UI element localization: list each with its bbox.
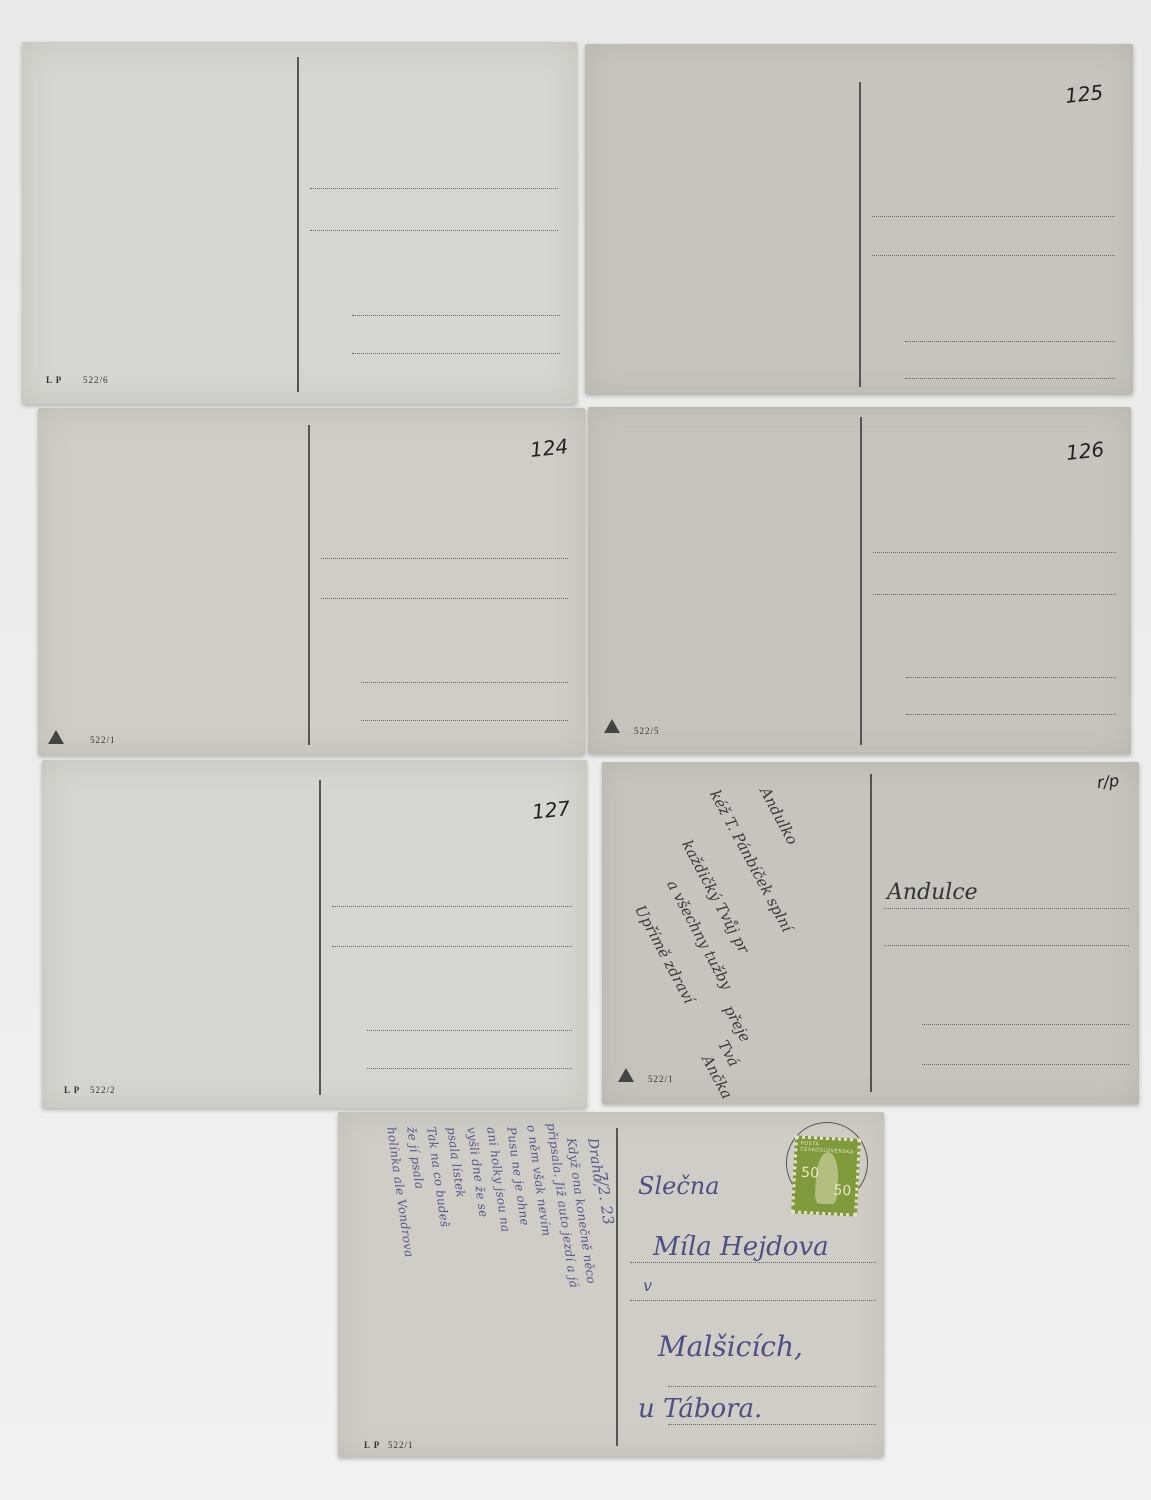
- address-line-1: Slečna: [638, 1172, 720, 1200]
- address-line: [361, 720, 568, 721]
- address-line: [906, 714, 1116, 715]
- address-line: [367, 1068, 572, 1069]
- address-line: [922, 1064, 1129, 1065]
- postcard-mila-hejdova: POSTA CESKOSLOVENSKA 50 50 Slečna Míla H…: [338, 1112, 884, 1457]
- address-line: [905, 341, 1115, 342]
- address-line: [310, 188, 558, 189]
- address-line: [332, 906, 572, 907]
- address-line: [321, 598, 568, 599]
- handwritten-number: 124: [529, 434, 569, 462]
- address-line: [332, 946, 572, 947]
- stamp-divider: [860, 417, 862, 745]
- handwritten-number: 127: [531, 796, 571, 824]
- address-line: [630, 1262, 876, 1263]
- postcard-127: 127 L P 522/2: [42, 760, 587, 1108]
- message-line: Andulko: [756, 784, 801, 848]
- series-code: 522/1: [648, 1074, 674, 1084]
- series-code: 522/6: [83, 375, 109, 385]
- message-line: psala lístek: [444, 1126, 468, 1198]
- publisher-logo-icon: [48, 730, 64, 744]
- address-line: [884, 908, 1129, 909]
- series-code: 522/2: [90, 1085, 116, 1095]
- postcard-124: 124 522/1: [38, 408, 585, 755]
- address-line: [361, 682, 568, 683]
- address-line-3: v: [643, 1276, 652, 1295]
- address-line: [321, 558, 568, 559]
- address-line: [872, 255, 1115, 256]
- publisher-mark: L P: [364, 1440, 380, 1450]
- publisher-logo-icon: [618, 1068, 634, 1082]
- handwritten-number: 126: [1065, 437, 1105, 465]
- stamp-divider: [297, 57, 299, 392]
- publisher-logo-icon: [604, 719, 620, 733]
- series-code: 522/1: [388, 1440, 414, 1450]
- recipient-name: Andulce: [887, 880, 978, 905]
- series-code: 522/5: [634, 726, 660, 736]
- address-line: [668, 1386, 876, 1387]
- address-line: [873, 552, 1116, 553]
- address-line: [884, 945, 1129, 946]
- postcard-126: 126 522/5: [588, 407, 1131, 754]
- postcard-522-6: L P 522/6: [22, 42, 577, 404]
- message-line: že jí psala: [404, 1126, 427, 1190]
- address-line: [310, 230, 558, 231]
- address-line: [367, 1030, 572, 1031]
- address-line-2: Míla Hejdova: [653, 1232, 829, 1262]
- address-line-5: u Tábora.: [638, 1394, 762, 1424]
- postage-stamp: POSTA CESKOSLOVENSKA 50 50: [791, 1135, 861, 1216]
- address-line: [872, 216, 1115, 217]
- address-line: [668, 1424, 876, 1425]
- stamp-divider: [870, 774, 872, 1092]
- address-line-4: Malšicích,: [658, 1330, 803, 1363]
- stamp-divider: [616, 1128, 618, 1446]
- handwritten-number: r/p: [1096, 771, 1120, 792]
- address-line: [630, 1300, 876, 1301]
- postcard-andulce: r/p Andulce Andulko kéž T. Pánbíček spln…: [602, 762, 1139, 1104]
- publisher-mark: L P: [46, 375, 62, 385]
- address-line: [906, 677, 1116, 678]
- postcard-125: 125: [585, 44, 1133, 394]
- address-line: [922, 1024, 1129, 1025]
- address-line: [352, 315, 560, 316]
- stamp-divider: [319, 780, 321, 1095]
- address-line: [873, 594, 1116, 595]
- handwritten-number: 125: [1064, 80, 1104, 108]
- address-line: [352, 353, 560, 354]
- publisher-mark: L P: [64, 1085, 80, 1095]
- series-code: 522/1: [90, 735, 116, 745]
- stamp-divider: [859, 82, 861, 387]
- message-line: Drahá,: [584, 1137, 607, 1188]
- address-line: [905, 378, 1115, 379]
- stamp-divider: [308, 425, 310, 745]
